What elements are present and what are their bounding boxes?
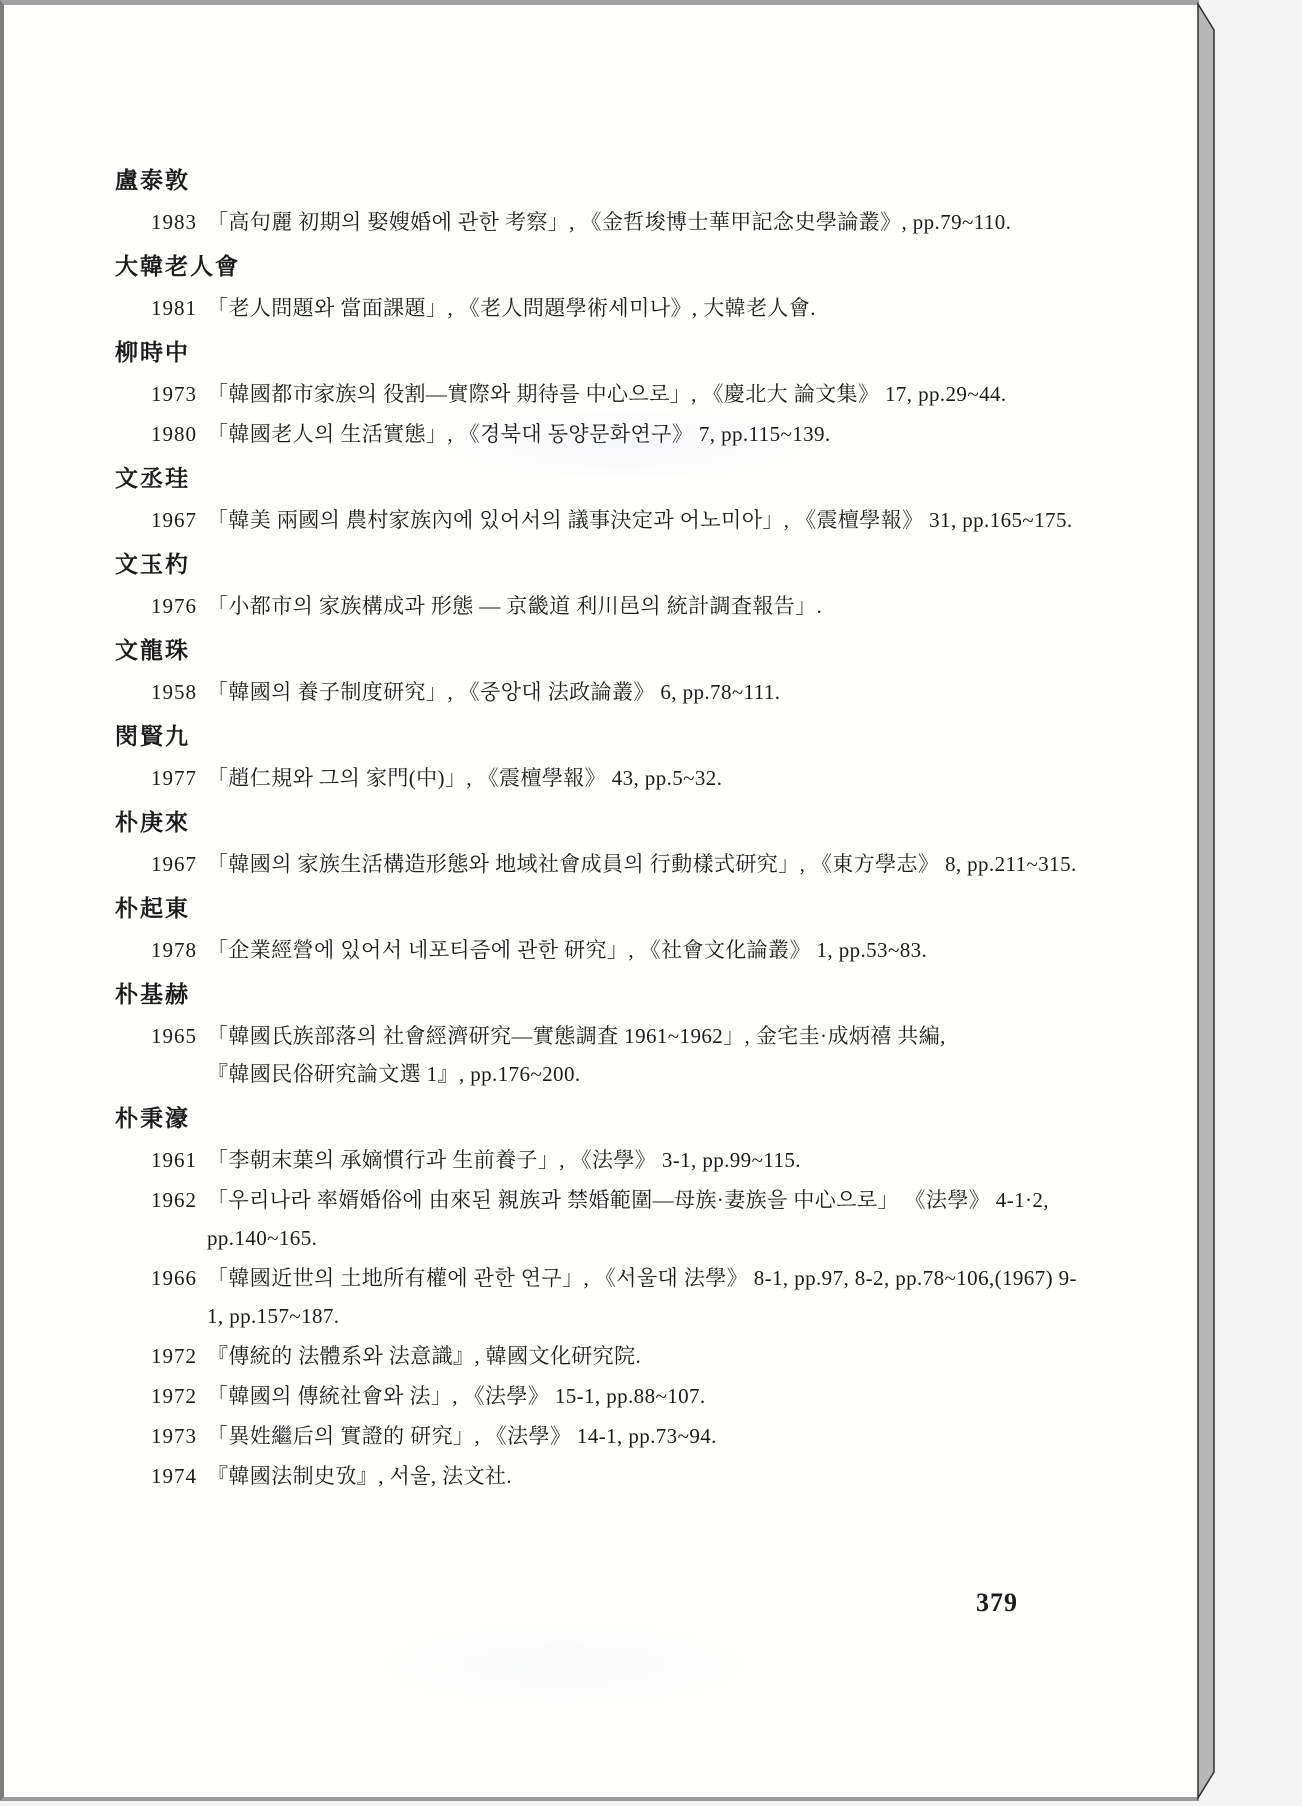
bibliography-entry: 1962「우리나라 率婿婚俗에 由來된 親族과 禁婚範圍—母族·妻族을 中心으로…: [115, 1181, 1093, 1257]
author-heading: 大韓老人會: [115, 248, 1093, 285]
entry-text: 「韓國의 傳統社會와 法」, 《法學》 15-1, pp.88~107.: [207, 1377, 1093, 1415]
entry-text: 「韓國의 養子制度研究」, 《중앙대 法政論叢》 6, pp.78~111.: [207, 673, 1093, 711]
bibliography-section: 柳時中1973「韓國都市家族의 役割—實際와 期待를 中心으로」, 《慶北大 論…: [115, 334, 1093, 453]
entry-text: 「異姓繼后의 實證的 研究」, 《法學》 14-1, pp.73~94.: [207, 1417, 1093, 1455]
entry-year: 1980: [151, 415, 207, 453]
entry-text: 「企業經營에 있어서 네포티즘에 관한 研究」, 《社會文化論叢》 1, pp.…: [207, 931, 1093, 969]
entry-year: 1961: [151, 1141, 207, 1179]
entry-text: 「韓國近世의 土地所有權에 관한 연구」, 《서울대 法學》 8-1, pp.9…: [207, 1259, 1093, 1335]
author-heading: 朴基赫: [115, 976, 1093, 1013]
bibliography-section: 盧泰敦1983「高句麗 初期의 娶嫂婚에 관한 考察」, 《金哲埈博士華甲記念史…: [115, 162, 1093, 241]
bibliography-entry: 1976「小都市의 家族構成과 形態 — 京畿道 利川邑의 統計調査報告」.: [115, 587, 1093, 625]
author-heading: 朴秉濠: [115, 1100, 1093, 1137]
entry-text: 『韓國法制史攷』, 서울, 法文社.: [207, 1457, 1093, 1495]
author-heading: 朴庚來: [115, 804, 1093, 841]
bibliography-entry: 1973「異姓繼后의 實證的 研究」, 《法學》 14-1, pp.73~94.: [115, 1417, 1093, 1455]
entry-text: 「趙仁規와 그의 家門(中)」, 《震檀學報》 43, pp.5~32.: [207, 759, 1093, 797]
entry-year: 1966: [151, 1259, 207, 1335]
bibliography-section: 朴基赫1965「韓國氏族部落의 社會經濟研究—實態調査 1961~1962」, …: [115, 976, 1093, 1093]
author-heading: 文龍珠: [115, 632, 1093, 669]
entry-year: 1965: [151, 1017, 207, 1093]
author-heading: 文玉杓: [115, 546, 1093, 583]
entry-text: 「韓國氏族部落의 社會經濟研究—實態調査 1961~1962」, 金宅圭·成炳禧…: [207, 1017, 1093, 1093]
entry-text: 「高句麗 初期의 娶嫂婚에 관한 考察」, 《金哲埈博士華甲記念史學論叢》, p…: [207, 203, 1093, 241]
author-heading: 文丞珪: [115, 460, 1093, 497]
bibliography-entry: 1973「韓國都市家族의 役割—實際와 期待를 中心으로」, 《慶北大 論文集》…: [115, 375, 1093, 413]
entry-year: 1976: [151, 587, 207, 625]
entry-text: 「韓國都市家族의 役割—實際와 期待를 中心으로」, 《慶北大 論文集》 17,…: [207, 375, 1093, 413]
bibliography-entry: 1980「韓國老人의 生活實態」, 《경북대 동양문화연구》 7, pp.115…: [115, 415, 1093, 453]
entry-text: 「우리나라 率婿婚俗에 由來된 親族과 禁婚範圍—母族·妻族을 中心으로」 《法…: [207, 1181, 1093, 1257]
bibliography-section: 文龍珠1958「韓國의 養子制度研究」, 《중앙대 法政論叢》 6, pp.78…: [115, 632, 1093, 711]
page-edge: [1197, 2, 1221, 1804]
bibliography-entry: 1983「高句麗 初期의 娶嫂婚에 관한 考察」, 《金哲埈博士華甲記念史學論叢…: [115, 203, 1093, 241]
bibliography-entry: 1958「韓國의 養子制度研究」, 《중앙대 法政論叢》 6, pp.78~11…: [115, 673, 1093, 711]
entry-year: 1978: [151, 931, 207, 969]
page-number: 379: [942, 1588, 1018, 1618]
bibliography-entry: 1966「韓國近世의 土地所有權에 관한 연구」, 《서울대 法學》 8-1, …: [115, 1259, 1093, 1335]
bibliography-entry: 1965「韓國氏族部落의 社會經濟研究—實態調査 1961~1962」, 金宅圭…: [115, 1017, 1093, 1093]
bibliography-entry: 1967「韓國의 家族生活構造形態와 地域社會成員의 行動樣式研究」, 《東方學…: [115, 845, 1093, 883]
author-heading: 閔賢九: [115, 718, 1093, 755]
bibliography-section: 大韓老人會1981「老人問題와 當面課題」, 《老人問題學術세미나》, 大韓老人…: [115, 248, 1093, 327]
entry-year: 1974: [151, 1457, 207, 1495]
bibliography-section: 朴秉濠1961「李朝末葉의 承嫡慣行과 生前養子」, 《法學》 3-1, pp.…: [115, 1100, 1093, 1495]
author-heading: 盧泰敦: [115, 162, 1093, 199]
entry-text: 「韓國老人의 生活實態」, 《경북대 동양문화연구》 7, pp.115~139…: [207, 415, 1093, 453]
entry-year: 1972: [151, 1377, 207, 1415]
bibliography-entry: 1974『韓國法制史攷』, 서울, 法文社.: [115, 1457, 1093, 1495]
entry-year: 1972: [151, 1337, 207, 1375]
bibliography-section: 朴庚來1967「韓國의 家族生活構造形態와 地域社會成員의 行動樣式研究」, 《…: [115, 804, 1093, 883]
entry-year: 1977: [151, 759, 207, 797]
bibliography-section: 文丞珪1967「韓美 兩國의 農村家族內에 있어서의 議事決定과 어노미아」, …: [115, 460, 1093, 539]
entry-text: 「小都市의 家族構成과 形態 — 京畿道 利川邑의 統計調査報告」.: [207, 587, 1093, 625]
bibliography: 盧泰敦1983「高句麗 初期의 娶嫂婚에 관한 考察」, 《金哲埈博士華甲記念史…: [115, 155, 1093, 1497]
bibliography-entry: 1972『傳統的 法體系와 法意識』, 韓國文化研究院.: [115, 1337, 1093, 1375]
entry-text: 「韓美 兩國의 農村家族內에 있어서의 議事決定과 어노미아」, 《震檀學報》 …: [207, 501, 1093, 539]
bibliography-section: 閔賢九1977「趙仁規와 그의 家門(中)」, 《震檀學報》 43, pp.5~…: [115, 718, 1093, 797]
bibliography-entry: 1961「李朝末葉의 承嫡慣行과 生前養子」, 《法學》 3-1, pp.99~…: [115, 1141, 1093, 1179]
bibliography-entry: 1967「韓美 兩國의 農村家族內에 있어서의 議事決定과 어노미아」, 《震檀…: [115, 501, 1093, 539]
entry-text: 「老人問題와 當面課題」, 《老人問題學術세미나》, 大韓老人會.: [207, 289, 1093, 327]
bibliography-entry: 1981「老人問題와 當面課題」, 《老人問題學術세미나》, 大韓老人會.: [115, 289, 1093, 327]
bibliography-entry: 1977「趙仁規와 그의 家門(中)」, 《震檀學報》 43, pp.5~32.: [115, 759, 1093, 797]
entry-year: 1983: [151, 203, 207, 241]
bibliography-entry: 1972「韓國의 傳統社會와 法」, 《法學》 15-1, pp.88~107.: [115, 1377, 1093, 1415]
entry-year: 1958: [151, 673, 207, 711]
entry-text: 「韓國의 家族生活構造形態와 地域社會成員의 行動樣式研究」, 《東方學志》 8…: [207, 845, 1093, 883]
author-heading: 柳時中: [115, 334, 1093, 371]
bibliography-section: 文玉杓1976「小都市의 家族構成과 形態 — 京畿道 利川邑의 統計調査報告」…: [115, 546, 1093, 625]
entry-text: 「李朝末葉의 承嫡慣行과 生前養子」, 《法學》 3-1, pp.99~115.: [207, 1141, 1093, 1179]
entry-year: 1967: [151, 845, 207, 883]
bibliography-entry: 1978「企業經營에 있어서 네포티즘에 관한 研究」, 《社會文化論叢》 1,…: [115, 931, 1093, 969]
entry-year: 1973: [151, 1417, 207, 1455]
entry-year: 1967: [151, 501, 207, 539]
entry-year: 1962: [151, 1181, 207, 1257]
entry-year: 1973: [151, 375, 207, 413]
scanned-page: 盧泰敦1983「高句麗 初期의 娶嫂婚에 관한 考察」, 《金哲埈博士華甲記念史…: [0, 0, 1199, 1801]
author-heading: 朴起東: [115, 890, 1093, 927]
entry-year: 1981: [151, 289, 207, 327]
bibliography-section: 朴起東1978「企業經營에 있어서 네포티즘에 관한 研究」, 《社會文化論叢》…: [115, 890, 1093, 969]
entry-text: 『傳統的 法體系와 法意識』, 韓國文化研究院.: [207, 1337, 1093, 1375]
